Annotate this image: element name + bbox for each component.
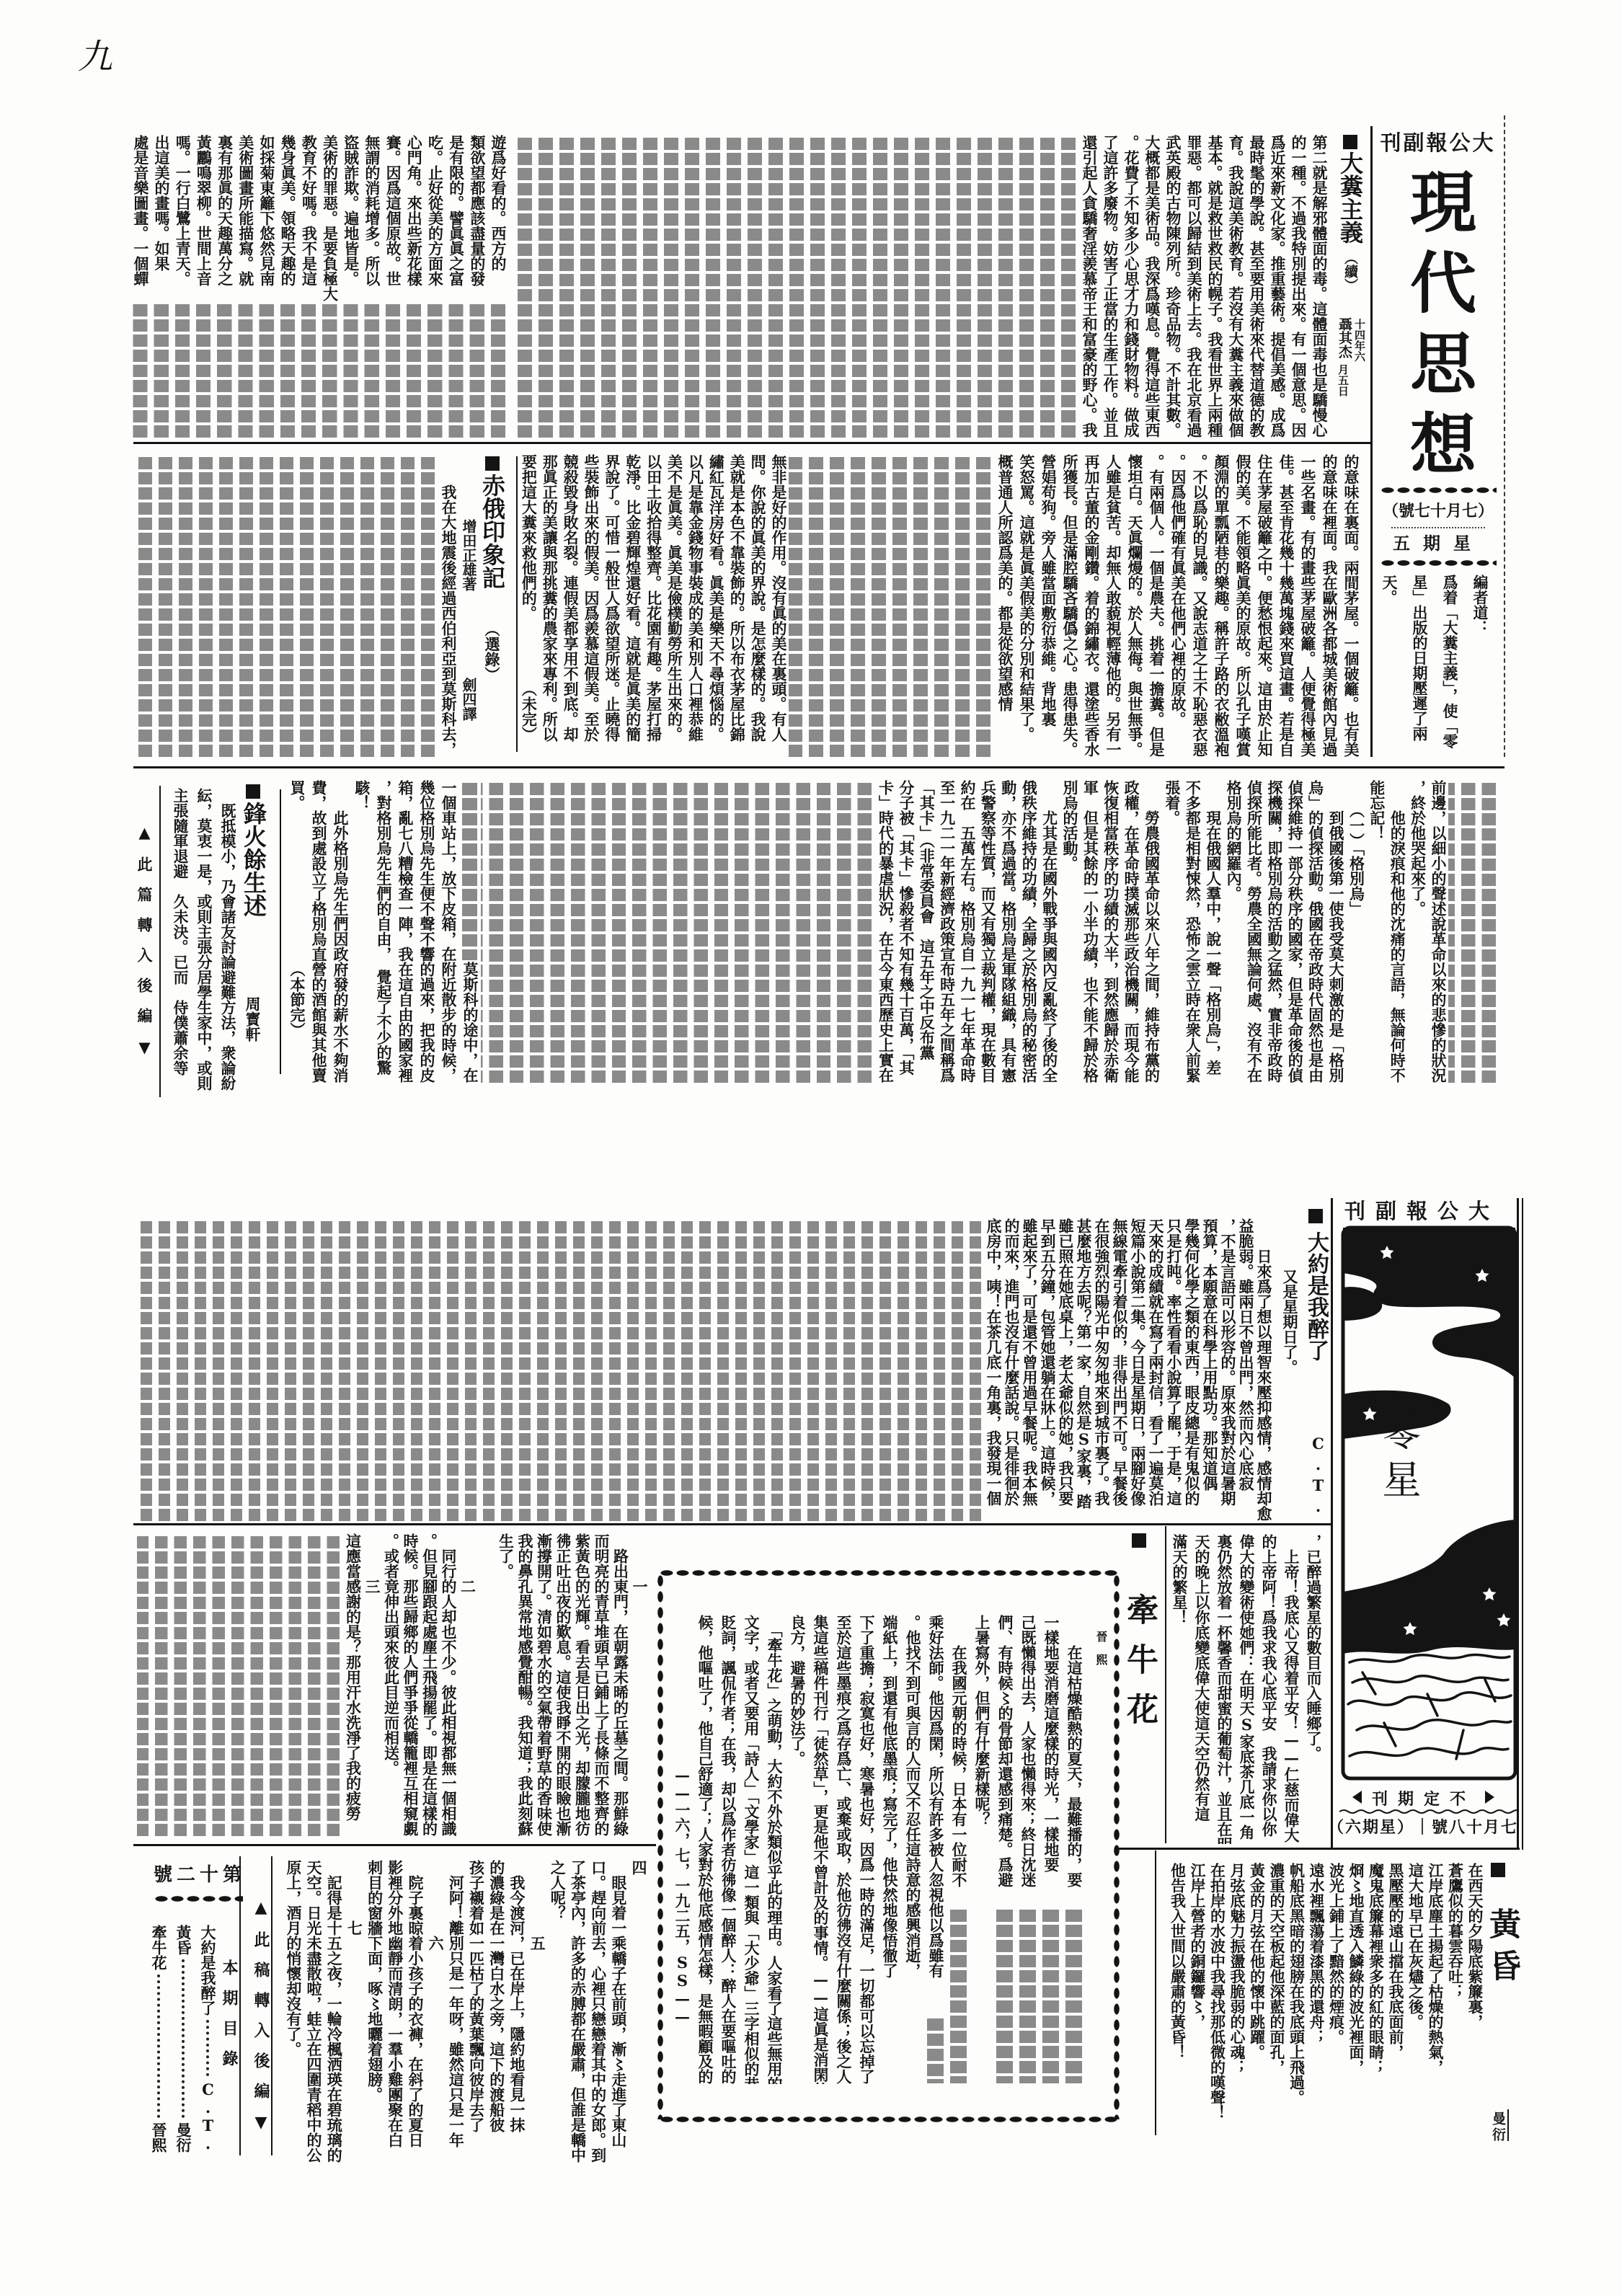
text-column: ，終於他哭起來了。: [1407, 780, 1427, 1083]
horizontal-rule: [133, 442, 1371, 444]
text-column: 編者道：: [1465, 575, 1495, 758]
text-column: 生了。: [496, 1533, 515, 1836]
text-column: 還引起人貪驕奢淫羨慕帝王和富豪的野心。我: [1079, 135, 1100, 438]
text-column: 爲着「大糞主義」，使「零: [1435, 575, 1465, 758]
text-column: 。因爲他們確有眞美在他們心裡的原故。: [1167, 454, 1189, 757]
column-divider: [1165, 1526, 1166, 1843]
text-column: 我的鼻孔異常地感覺酣暢。我知道；我此刻蘇: [515, 1533, 535, 1836]
toc-entry-author: 曼衍: [174, 2122, 192, 2153]
text-column: 天來的成績就在寫了兩封信，看了一遍莫泊: [1147, 1218, 1165, 1521]
text-column: 候，他嘔吐了，他自己舒適了；人家對於他底感情怎樣，是無暇顧及的。: [693, 1615, 717, 2084]
text-column: 至一九二一年新經濟政策宣布時五年之間稱爲: [936, 780, 957, 1083]
text-column: 是有限的。譬眞眞之富: [446, 135, 466, 301]
article-author: C.T.: [1311, 1435, 1326, 1518]
text-column: 良方，避暑的妙法了。: [786, 1615, 809, 2084]
text-column: 「其卡」（非常委員會 這五年之中反布黨: [916, 780, 936, 1083]
text-column: 端紙上，到還有他底墨痕；寫完了，他快然地像悟徹了: [878, 1615, 901, 2084]
text-column: 六: [425, 1860, 446, 2163]
masthead-border: [1522, 1198, 1523, 1850]
text-column: 遠水裡飄蕩着漆黑的還舟；: [1307, 1863, 1327, 2137]
chie-body-band-c-right: 前邊，以細小的聲述說革命以來的悲慘的狀況，終於他哭起來了。 他的淚痕和他的沈痛的…: [875, 780, 1448, 1083]
editor-note: 編者道：爲着「大糞主義」，使「零星」出版的日期壓遲了兩天。: [1374, 575, 1495, 758]
text-column: 在拍岸的水波中我尋找那低微的嘆聲！: [1207, 1863, 1228, 2137]
text-column: 江岸底塵土揚起了枯燥的熱氣，: [1426, 1863, 1446, 2137]
text-column: 偉大的變術使她們：在明天S家底茶几底一角: [1236, 1534, 1258, 1844]
masthead-weekday: 星期五: [1380, 535, 1497, 552]
text-column: 無非是好的作用。沒有眞的美在裏頭。有人: [768, 454, 789, 757]
text-column: 一: [630, 1533, 650, 1836]
chie-body-fragment: 莫斯科的途中，在: [459, 962, 481, 1084]
text-column: 能忘記！: [1366, 780, 1386, 1083]
text-column: 營娼苟狗。旁人雖當面敷衍恭維。背地裏: [1037, 454, 1059, 757]
left-arrow-icon: [1352, 1791, 1362, 1804]
article-title: 大糞主義: [1339, 151, 1362, 244]
column-divider: [159, 786, 161, 1097]
text-column: 武英殿的古物陳列所。珍奇品物。不計其數。: [1163, 135, 1184, 438]
text-column: 濃重的天空板起他深藍的面孔，: [1267, 1863, 1288, 2137]
text-column: 的濃綠是在一灣白水之旁，這下的渡船彼: [487, 1860, 507, 2163]
text-column: 口。趕向前去，心裡只戀戀着其中的女郎。到: [588, 1860, 608, 2163]
text-column: 在很強烈的陽光中匆匆地來到城市裏了。我: [1093, 1218, 1111, 1521]
article-title: 鋒火餘生述: [242, 802, 265, 917]
text-column: 的意味在裡面。我在歐洲各都城美術館內見過: [1319, 454, 1340, 757]
text-column: 分子被「其卡」慘殺者不知有幾十百萬，「其: [895, 780, 916, 1083]
dafen-body-band-b-end: 無非是好的作用。沒有眞的美在裏頭。有人問。你說的眞美的界說。是怎麼樣的。我說美就…: [518, 454, 789, 757]
text-column: 俄秩序維持的功績，全歸之於格別烏的秘密活: [1019, 780, 1039, 1083]
column-divider: [280, 789, 281, 1074]
text-column: 吃。止好從美的方面來: [425, 135, 446, 301]
text-column: 他的淚痕和他的沈痛的言語，無論何時不: [1387, 780, 1407, 1083]
text-column: 人雖是貧苦。却無人敢藐視輕薄他的。另有一: [1102, 454, 1124, 757]
text-column: 乾淨。比金碧輝煌還好看。這就是眞美的簡: [622, 454, 643, 757]
text-column: 星」出版的日期壓遲了兩: [1404, 575, 1435, 758]
text-column: 天的晚上以你底變底偉大使這天空仍然有這: [1191, 1534, 1213, 1844]
dense-text-area: [1448, 780, 1499, 1083]
article-title: 牽牛花: [1123, 1593, 1155, 1742]
text-column: 駭！: [351, 780, 373, 1083]
newspaper-page: 九 大公報副刊 現代思想 （七月十七號） 星期五 編者道：爲着「大糞主義」，使「…: [0, 0, 1622, 2296]
text-column: 學幾何化學之類的東西，眼皮總是有鬼似的: [1183, 1218, 1201, 1521]
text-column: 政權，在革命時撲滅那些政治機關，而現今能: [1121, 780, 1141, 1083]
text-column: 買。 （本節完）: [286, 780, 308, 1083]
dense-text-area: [993, 1907, 1086, 2083]
text-column: 無謂的消耗增多。所以: [362, 135, 383, 301]
text-column: 了茶亭內，許多的赤膊都在嚴肅，但誰是轎中: [567, 1860, 588, 2163]
huanghun-poem: 在西天的夕陽底紫簾裏，蒼鷹似的暮雲吞吐；江岸底塵土揚起了枯燥的熱氣，這大地早已在…: [1168, 1863, 1485, 2137]
text-column: 之人呢？: [547, 1860, 567, 2163]
text-column: ，不是言語可以形容的。原來我對於這暑期: [1219, 1218, 1237, 1521]
continued-mark: （續）: [1343, 251, 1357, 292]
masthead-title: 現代思想: [1405, 167, 1471, 490]
text-column: 動，亦不爲過當。格別烏是軍隊組織，具有憲: [998, 780, 1018, 1083]
ornament-divider: [154, 1894, 243, 1903]
text-column: 卡」時代的暴虐狀況，在古今東西歷史上實在: [875, 780, 895, 1083]
article-opening-line: 又是星期日了。: [1282, 1269, 1298, 1375]
text-column: 在西天的夕陽底紫簾裏，: [1466, 1863, 1486, 2137]
text-column: 記得是十五之夜，一輪冷楓洒瑛在碧琉璃的: [324, 1860, 344, 2163]
dense-text-area: [137, 1533, 343, 1836]
text-column: 乘好法師。他因爲閑，所以有許多被人忽視他以爲雖有: [924, 1615, 947, 2084]
text-column: 美術的罪惡。是要負極大: [319, 135, 340, 301]
text-column: 那眞正的美讓與那挑糞的農家來專利。所以: [539, 454, 559, 757]
dotted-leader: [206, 2020, 209, 2076]
toc-entry-author: C.T.: [199, 2080, 216, 2153]
text-column: 類欲望都應該盡量的發: [467, 135, 488, 301]
article-translator: 劍四譯: [461, 678, 476, 721]
text-column: 黑壓壓的遠山擋在我底面前，: [1386, 1863, 1406, 2137]
text-column: 遊爲好看的。西方的: [488, 135, 509, 301]
text-column: 以凡是靠金錢物事裝成的美和別人口裡恭維: [685, 454, 706, 757]
dotted-leader: [182, 1959, 185, 2118]
article-author: 聶其杰: [1337, 317, 1351, 358]
text-column: 預算，本願意在科學上用點功。那知道偶: [1201, 1218, 1219, 1521]
text-column: 帆船底黑暗的翅膀在我底頭上飛過。: [1287, 1863, 1307, 2137]
column-divider: [1155, 1850, 1156, 2135]
text-column: 蒼鷹似的暮雲吞吐；: [1445, 1863, 1466, 2137]
article-date: 月五日: [1337, 364, 1348, 396]
text-column: 最時髦的學說。甚至要用美術來代替道德的教: [1246, 135, 1267, 438]
text-column: 第二就是解邪體面的毒。這體面毒也是驕慢心: [1309, 135, 1330, 438]
text-column: 費，故到處設立了格別烏直營的酒館與其他賣: [308, 780, 329, 1083]
text-column: 軍 但是其餘的一小半功績，也不能不歸於格: [1080, 780, 1100, 1083]
article-marker-square: [1132, 1533, 1146, 1548]
text-column: 幾身眞美。領略天趣的: [278, 135, 298, 301]
text-column: 尤其是在國外戰爭與國內反亂終了後的全: [1039, 780, 1059, 1083]
text-column: 院子裏晾着小孩子的衣褲，在斜了的夏日: [405, 1860, 425, 2163]
text-column: ，已醉過繁星的數目而入睡鄉了。: [1303, 1534, 1325, 1844]
text-column: [477, 1533, 497, 1836]
article-date: 十四年六: [1354, 319, 1365, 362]
column-divider: [271, 1856, 272, 2155]
text-column: 顏淵的單瓢陋巷的樂趣。稱許子路的衣敝溫袍: [1210, 454, 1232, 757]
page-edge-dashed-line: [1504, 115, 1505, 757]
text-column: 的一種。不過我特別提出來。有一個意思。因: [1288, 135, 1309, 438]
text-column: 雖起來了，可是還不曾用過早餐呢。我本無: [1021, 1218, 1039, 1521]
text-column: 。有兩個人。一個是農夫。挑着一擔糞。但是: [1145, 454, 1167, 757]
text-column: 育。我說這美術教育。若沒有大糞主義來做個: [1226, 135, 1246, 438]
text-column: 此外格別烏先生們因政府發的薪水不夠消: [329, 780, 351, 1083]
text-column: 美術圖畫所能描寫。就: [236, 135, 257, 301]
text-column: 雖已照在她底桌上，老太爺似的她，我只要: [1057, 1218, 1075, 1521]
text-column: 我今渡河，已在岸上，隱約地看見一抹: [507, 1860, 527, 2163]
box-ornament-border: [659, 2115, 1120, 2124]
article-title: 大約是我醉了: [1305, 1231, 1326, 1361]
masthead-issue-date: 七月十八號｜（星期六）: [1339, 1819, 1518, 1835]
text-column: 紜，莫衷一是，或則主張分居學生家中，或則: [192, 788, 216, 1094]
article-marker-square: [1343, 135, 1357, 149]
text-column: 烱〻地直透入鱗綠的波光裡面，: [1347, 1863, 1367, 2137]
dayue-body-band-1: 日來爲了想以理智來壓抑感情，感情却愈益脆弱。雖兩日不曾出門，然而內心底寂，不是言…: [985, 1218, 1273, 1521]
text-column: 五: [527, 1860, 547, 2163]
text-column: 現在俄國人羣中，說一聲「格別烏」，差: [1202, 780, 1223, 1083]
masthead-paper-name: 大公報副刊: [1355, 1201, 1499, 1222]
dense-text-area: [481, 780, 875, 1083]
toc-entry-author: 晉熙: [150, 2122, 167, 2153]
continuation-notice: ▲此篇轉入後編▼: [137, 823, 152, 1071]
text-column: 約在 五萬左右。格別烏自一九一七年革命時: [957, 780, 978, 1083]
text-column: 無線電牽引着似的，非得出門不可。早餐後: [1111, 1218, 1129, 1521]
text-column: 偵探所能比者。勞農全國無論何處、沒有不在: [1244, 780, 1264, 1083]
toc-entry-title: 大約是我醉了: [199, 1925, 216, 2016]
chie-body-band-c-left: 一個車站上，放下皮箱，在附近散步的時候，幾位格別烏先生便不聲不響的過來，把我的皮…: [286, 780, 459, 1083]
text-column: 美就是本色不靠裝飾的。所以布衣茅屋比錦: [726, 454, 747, 757]
toc-entry: 黃昏 曼衍: [174, 1925, 192, 2153]
masthead-issue-date: （七月十七號）: [1380, 503, 1497, 519]
text-column: 黃金的月弦在他的懷中跳躍。: [1247, 1863, 1267, 2137]
article-note: （選錄）: [484, 621, 500, 682]
text-column: 黃鸝鳴翠柳。世間上音: [193, 135, 214, 301]
text-column: 而明亮的青草堆頭早已鋪上了長條而不整齊的: [592, 1533, 611, 1836]
text-column: 二: [458, 1533, 477, 1836]
text-column: 貶詞，諷侃作者；在我，却以爲作者彷彿像一個醉人：醉人在要嘔吐的時: [717, 1615, 740, 2084]
masthead-title: 零星: [1379, 1411, 1418, 1507]
qianniuhua-sections-band-2: 一 路出東門，在朝露未晞的丘墓之間。那鮮綠而明亮的青草堆頭早已鋪上了長條而不整齊…: [343, 1533, 649, 1836]
text-column: 懷坦白。天眞爛熳的。於人無侮。與世無爭。: [1124, 454, 1145, 757]
dense-text-area: [130, 301, 509, 438]
text-column: 些裝飾出來的假美。因爲羨慕這假美。至於: [580, 454, 601, 757]
text-column: 罪惡。都可以歸結到美術上去。我在北京看過: [1184, 135, 1205, 438]
text-column: 他告我入世間以嚴肅的黃昏！: [1168, 1863, 1188, 2137]
article-author: 周寳軒: [245, 996, 260, 1042]
text-column: 探機關，即格別烏的活動之猛然，實非帝政時: [1264, 780, 1284, 1083]
text-column: 四: [629, 1860, 649, 2163]
text-column: 幾位格別烏先生便不聲不響的過來，把我的皮: [416, 780, 438, 1083]
text-column: 江岸上營者的銅鑼響〻，: [1188, 1863, 1208, 2137]
article-author: 曼衍: [1491, 2111, 1504, 2143]
dense-text-area: [513, 135, 1079, 438]
text-column: 我在大地震後經過西伯利亞到莫斯科去，: [438, 454, 458, 757]
text-column: 盜賊詐欺。遍地皆是。: [341, 135, 362, 301]
text-column: 路出東門，在朝露未晞的丘墓之間。那鮮綠: [611, 1533, 630, 1836]
horizontal-rule: [1119, 1848, 1520, 1850]
dense-text-area: [789, 454, 994, 757]
column-divider: [516, 456, 518, 752]
text-column: 了這許多廢物。妨害了正當的生產工作。並且: [1100, 135, 1121, 438]
text-column: 。不以爲恥的見識。又說志道之士不恥惡衣惡食: [1189, 454, 1210, 757]
chie-body-band-b: 我在大地震後經過西伯利亞到莫斯科去，: [438, 454, 458, 757]
text-column: 波光上鋪上了黯然的煙痕。: [1326, 1863, 1347, 2137]
continuation-notice: ▲此稿轉入後編▼: [253, 1898, 269, 2146]
text-column: 處是音樂圖畫。一個蟬: [130, 135, 151, 301]
qianniuhua-sections-band-3: 四 眼見着一乘轎子在前頭，漸〻走進了東山口。趕向前去，心裡只戀戀着其中的女郎。到…: [283, 1860, 649, 2163]
text-column: 箱，亂七八糟檢查一陣，我在這自由的國家裡: [394, 780, 416, 1083]
text-column: 漸撐開了。清如碧水的空氣帶着野草的香味使: [534, 1533, 554, 1836]
text-column: 格別烏的網羅內。: [1223, 780, 1244, 1083]
text-column: 莫斯科的途中，在: [459, 962, 481, 1084]
text-column: 彿正吐出夜的歎息。這使我睜不開的眼瞼也漸: [554, 1533, 573, 1836]
toc-entry: 大約是我醉了 C.T.: [199, 1925, 216, 2153]
text-column: 魔鬼底簾幕裡衆多的紅的眼睛；: [1366, 1863, 1386, 2137]
text-column: 。花費了不知多少心思才力和錢財物料。做成: [1121, 135, 1142, 438]
text-column: 笑怒罵。這就是眞美假美的分別和結果了。: [1016, 454, 1037, 757]
text-column: 裏有那眞的天趣萬分之: [214, 135, 235, 301]
toc-entry-title: 黃昏: [174, 1925, 192, 1955]
text-column: 七: [344, 1860, 364, 2163]
text-column: 概普通人所認爲美的。都是從欲望感情: [994, 454, 1016, 757]
handwritten-page-mark: 九: [78, 29, 112, 79]
dotted-divider: [1391, 527, 1485, 528]
text-column: 教育不好嗎。我不是這: [298, 135, 319, 301]
text-column: 。但見腳跟起處塵土飛揚罷了。即是在這樣的: [420, 1533, 439, 1836]
article-marker-square: [246, 784, 260, 799]
text-column: 既抵模小，乃會諸友討論避難方法，衆論紛: [216, 788, 240, 1094]
article-author: 晉熙: [1095, 1631, 1107, 1677]
text-column: 底房中，咦！在茶几底一角裏，我發現一個: [985, 1218, 1003, 1521]
dafen-body-band-b-right: 的意味在裏面。兩間茅屋。一個破籬。也有美的意味在裡面。我在歐洲各都城美術館內見過…: [994, 454, 1362, 757]
text-column: 不多都是相對悚然，恐怖之雲立時在衆人前緊: [1182, 780, 1202, 1083]
text-column: 原上，酒月的悄懷却沒有了。: [283, 1860, 303, 2163]
dafen-body-band-a-left: 遊爲好看的。西方的類欲望都應該盡量的發是有限的。譬眞眞之富吃。止好從美的方面來心…: [130, 135, 509, 301]
box-ornament-border: [1112, 1573, 1121, 2119]
text-column: （一）「格別烏」: [1346, 780, 1366, 1083]
text-column: 甚麼地方去呢？第一家，自然是S家裏，踏: [1075, 1218, 1093, 1521]
text-column: 前邊，以細小的聲述說革命以來的悲慘的狀況: [1428, 780, 1448, 1083]
dense-text-area: [137, 454, 438, 757]
text-column: 一些名畫。有的畫些茅屋破籬。人便覺得極美: [1297, 454, 1319, 757]
text-column: 紫黃色的光輝。看去是日出之光，却朦朧地彷: [572, 1533, 592, 1836]
text-column: 孩子襯着如一匹枯了的黃葉飄向彼岸去了: [466, 1860, 486, 2163]
text-column: 賽。因爲這個原故。世: [383, 135, 404, 301]
text-column: 三: [363, 1533, 382, 1836]
text-column: 競殺毀身敗名裂。連假美都享用不到底。却: [559, 454, 580, 757]
horizontal-rule: [133, 1844, 656, 1846]
ornament-divider: [1380, 559, 1497, 567]
text-column: 月弦底魅力振盪我脆弱的心魂；: [1228, 1863, 1248, 2137]
dafen-body-band-a-right: 第二就是解邪體面的毒。這體面毒也是驕慢心的一種。不過我特別提出來。有一個意思。因…: [1079, 135, 1330, 438]
right-arrow-icon: [1485, 1791, 1494, 1804]
text-column: 一個車站上，放下皮箱，在附近散步的時候，: [438, 780, 459, 1083]
text-column: 短篇小說第二集。今日是星期日，兩腳好像: [1129, 1218, 1147, 1521]
text-column: 上暑寫外，但們有什麼新樣呢？: [970, 1615, 993, 2084]
box-ornament-border: [659, 1569, 1120, 1577]
text-column: 時候。那些歸鄉的人們爭爭從轎籠裡互相窺覷: [401, 1533, 420, 1836]
dense-text-area: [947, 1907, 970, 2083]
text-column: 所獲長。但是滿腔驕吝驕僞之心。患得患失。: [1059, 454, 1081, 757]
toc-entry: 牽牛花 晉熙: [150, 1925, 167, 2153]
text-column: 的意味在裏面。兩間茅屋。一個破籬。也有美: [1340, 454, 1362, 757]
wavy-divider: [1339, 1808, 1518, 1815]
dense-text-area: [924, 2016, 947, 2083]
text-column: 這大地早已在灰燼之後。: [1406, 1863, 1426, 2137]
text-column: 偵探維持一部分秩序的國家，但是革命後的偵: [1285, 780, 1305, 1083]
text-column: 河阿！離別只是一年呀，雖然這只是一年: [446, 1860, 466, 2163]
toc-heading: 本期目錄: [221, 1959, 237, 2080]
dotted-leader: [157, 1974, 160, 2118]
text-column: 的上帝阿！爲我求我心底平安 我請求你以你: [1258, 1534, 1280, 1844]
text-column: 美不是眞美。眞美是儉樸勤勞所生出來的。: [664, 454, 685, 757]
text-column: 心門角。來出些新花樣: [404, 135, 425, 301]
text-column: 界說了。可惜一般世人爲欲望所迷。止曉得: [601, 454, 622, 757]
text-column: 眼見着一乘轎子在前頭，漸〻走進了東山: [608, 1860, 629, 2163]
text-column: 影裡分外地幽靜而清朗，一羣小雞團聚在白: [385, 1860, 405, 2163]
text-column: 滿天的繁星！: [1169, 1534, 1191, 1844]
text-column: 「牽牛花」之萌動，大約不外於類似乎此的理由。人家看了這些無用的: [763, 1615, 786, 2084]
text-column: 集這些稿件刊行「徒然草」，更是他不曾計及的事情。——這眞是消閑的: [809, 1615, 832, 2084]
dense-text-area: [459, 780, 481, 960]
night-sky-illustration: [1341, 1225, 1517, 1781]
author-bar: [1507, 2109, 1509, 2141]
text-column: 兵警察等性質，而又有獨立裁判權，現在數目: [978, 780, 998, 1083]
text-column: 下了重擔；寂寞也好，寒暑也好，因爲一時的滿足，一切都可以忘掉了: [855, 1615, 878, 2084]
horizontal-rule: [133, 1523, 1331, 1525]
text-column: 天空。日光未盡散啦，蛙立在四圍青稻中的公: [303, 1860, 324, 2163]
text-column: 文字，或者又要用「詩人」「文學家」這一類與「大少爺」三字相似的恭維的: [740, 1615, 763, 2084]
article-marker-square: [485, 456, 500, 471]
article-title: 黃昏: [1486, 1907, 1517, 1991]
text-column: 問。你說的眞美的界說。是怎麼樣的。我說: [747, 454, 768, 757]
text-column: ，對格別烏先生們的自由， 覺起了不少的驚: [373, 780, 394, 1083]
article-marker-square: [1308, 1209, 1323, 1223]
text-column: 出這美的畫嗎。如果: [151, 135, 172, 301]
text-column: 主張隨軍退避 久未決。已而 侍僕蕭余等: [169, 788, 192, 1094]
text-column: 張着。: [1162, 780, 1182, 1083]
text-column: 到俄國後第一使我受莫大刺激的是「格別: [1326, 780, 1346, 1083]
text-column: 如採菊東籬下悠然見南: [257, 135, 278, 301]
text-column: 爲近來新文化家。推重藝術。提倡美感。成爲: [1267, 135, 1288, 438]
text-column: 同行的人却也不少。彼此相視都無一個相識: [439, 1533, 458, 1836]
ornament-divider: [1380, 486, 1497, 495]
horizontal-rule: [133, 766, 1504, 768]
text-column: 恢復相當秩序的功績的大半，到然應歸於赤衛: [1100, 780, 1120, 1083]
text-column: 要把這大糞來救他們的。 （未完）: [518, 454, 539, 757]
dense-text-area: [137, 1218, 985, 1521]
box-ornament-border: [656, 1573, 665, 2119]
text-column: 至於這些墨痕之爲存爲亡、或棄或取，於他彷彿沒有什麼關係；後之人搜: [832, 1615, 855, 2084]
fenghuo-body: 既抵模小，乃會諸友討論避難方法，衆論紛紜，莫衷一是，或則主張分居學生家中，或則主…: [169, 788, 240, 1094]
text-column: ——一六，七，一九二五，SS——: [670, 1615, 693, 2084]
text-column: 裏仍然放着一杯馨香而甜蜜的葡萄汁，並且在明: [1213, 1534, 1236, 1844]
article-marker-square: [1491, 1863, 1505, 1877]
text-column: 繡紅瓦洋房好看。眞美是樂天不尋煩惱的。: [705, 454, 726, 757]
text-column: 假的美。不能領略眞美的原故。所以孔子嘆賞: [1232, 454, 1254, 757]
text-column: 只是打盹。率性看看小說算了罷，于是，這: [1165, 1218, 1183, 1521]
text-column: 勞農俄國革命以來八年之間，維持布黨的: [1141, 780, 1161, 1083]
text-column: 的而來，進門也沒有什麼話說。只是徘徊於: [1003, 1218, 1021, 1521]
text-column: 早到五分鐘，包管她還躺在牀上。這時候，: [1039, 1218, 1057, 1521]
text-column: 住在茅屋破籬之中。便愁恨起來。這由於止知: [1254, 454, 1275, 757]
text-column: 別烏的活動。: [1060, 780, 1080, 1083]
text-column: 以田土收拾得整齊。比花園有趣。茅屋打掃: [643, 454, 664, 757]
dayue-body-band-2: ，已醉過繁星的數目而入睡鄉了。 上帝！我底心又得着平安！——仁慈而偉大的上帝阿！…: [1169, 1534, 1325, 1844]
issue-number: 第十二號: [153, 1866, 247, 1884]
toc-entry-title: 牽牛花: [150, 1925, 167, 1970]
text-column: 嗎。一行白鷺上青天。: [172, 135, 193, 301]
text-column: 大概都是美術品。我深爲嘆息。覺得這些東西: [1142, 135, 1163, 438]
masthead-paper-name: 大公報副刊: [1378, 133, 1497, 154]
article-author: 增田正雄著: [461, 519, 476, 591]
text-column: 。他找不到可與言的人而又不忍任這詩意的感興消逝，: [901, 1615, 924, 2084]
text-column: 益脆弱。雖兩日不曾出門，然而內心底寂: [1237, 1218, 1255, 1521]
text-column: 。或者竟伸出頭來彼此目逆而相送。: [381, 1533, 401, 1836]
article-title: 赤俄印象記: [481, 474, 504, 589]
text-column: 日來爲了想以理智來壓抑感情，感情却愈: [1255, 1218, 1273, 1521]
text-column: 上帝！我底心又得着平安！——仁慈而偉大: [1280, 1534, 1303, 1844]
publication-frequency: 不定期刊: [1366, 1791, 1481, 1807]
text-column: 再加古董的金剛鑽。着的錦繡衣。還塗些香水: [1081, 454, 1102, 757]
text-column: 基本。就是救世救民的幌子。我看世界上兩種: [1205, 135, 1226, 438]
text-column: 刺目的窗牆下面，啄〻地曬着翅膀。: [364, 1860, 384, 2163]
text-column: 這應當感謝的是？那用汗水洗淨了我的疲勞: [343, 1533, 363, 1836]
text-column: 佳。甚至肯花幾十幾萬塊錢來買這畫。若是自身: [1275, 454, 1297, 757]
text-column: 烏」的偵探活動。俄國在帝政時代固然也是由: [1305, 780, 1325, 1083]
text-column: 天。: [1374, 575, 1404, 758]
